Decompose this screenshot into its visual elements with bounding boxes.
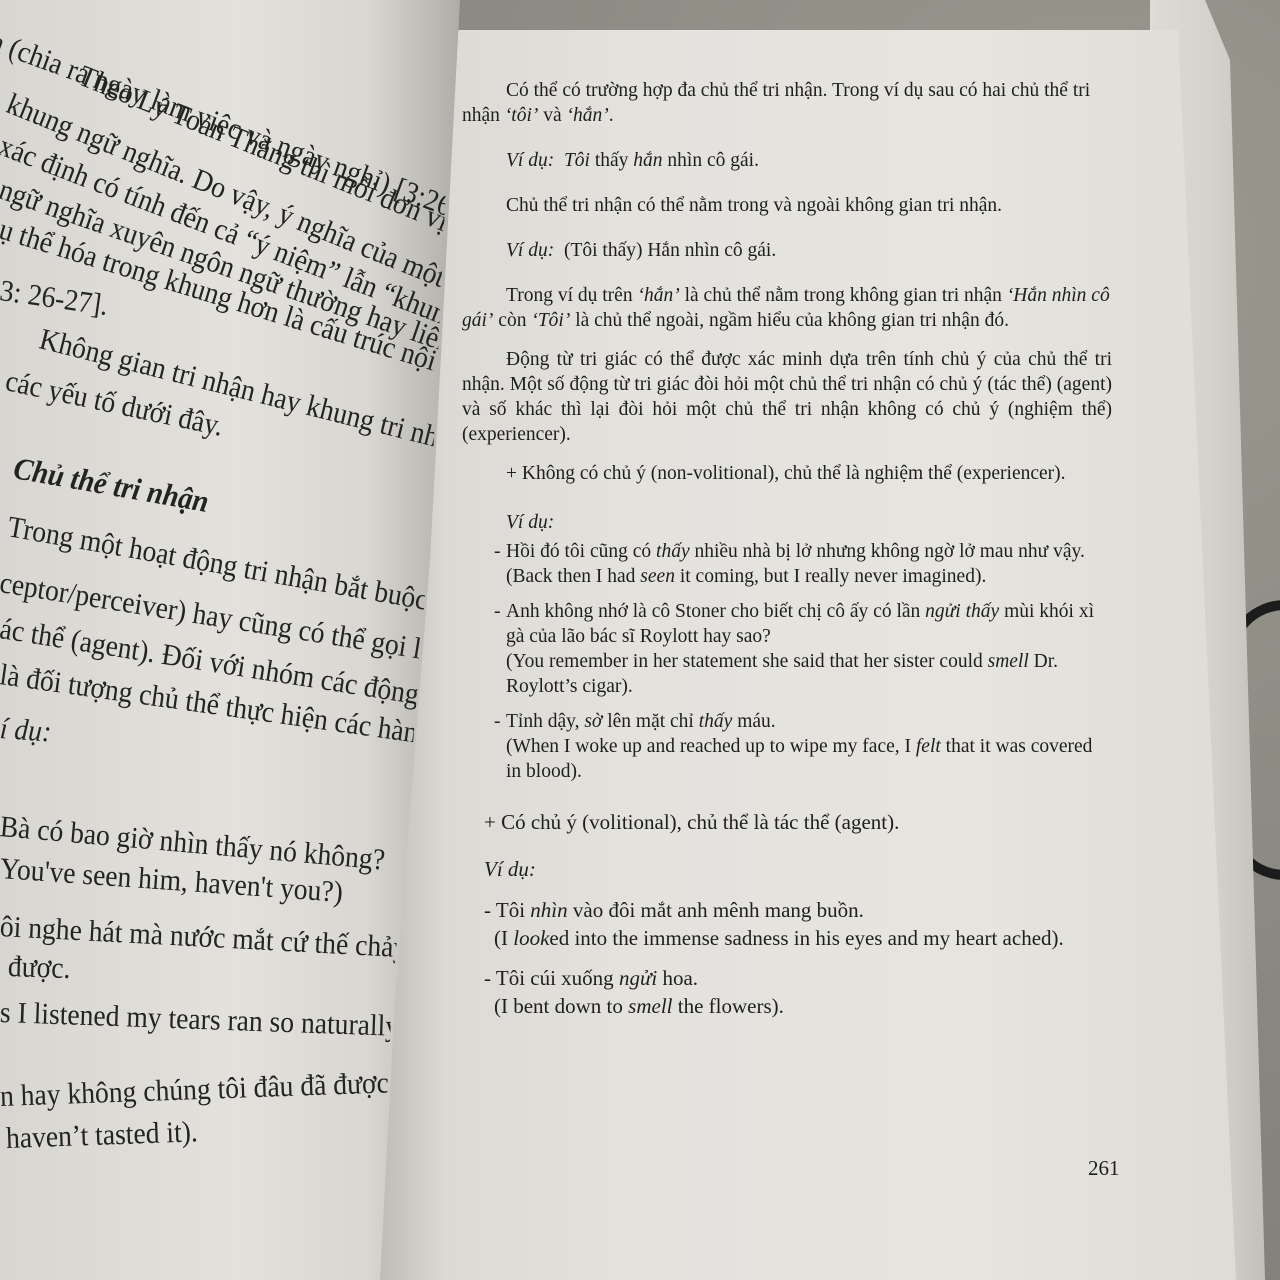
- list-item: - Tôi cúi xuống ngửi hoa. (I bent down t…: [462, 964, 1112, 1020]
- text-line: được.: [7, 950, 71, 986]
- paragraph: Trong ví dụ trên ‘hắn’ là chủ thể nằm tr…: [462, 283, 1112, 333]
- right-page-text: Có thể có trường hợp đa chủ thể tri nhận…: [462, 78, 1112, 1020]
- list-item: - Anh không nhớ là cô Stoner cho biết ch…: [462, 599, 1112, 699]
- example-line: Ví dụ: Tôi thấy hắn nhìn cô gái.: [462, 148, 1112, 173]
- list-item: - Tôi nhìn vào đôi mắt anh mênh mang buồ…: [462, 896, 1112, 952]
- paragraph: + Có chủ ý (volitional), chủ thể là tác …: [462, 810, 1112, 835]
- example-label: Ví dụ:: [462, 857, 1112, 882]
- example-line: Ví dụ: (Tôi thấy) Hắn nhìn cô gái.: [462, 238, 1112, 263]
- text-line: 3: 26-27].: [0, 274, 110, 323]
- text-line: í dụ:: [0, 712, 52, 750]
- page-number: 261: [1088, 1156, 1120, 1181]
- section-heading: Chủ thể tri nhận: [11, 450, 212, 520]
- example-label: Ví dụ:: [462, 510, 1112, 535]
- dash: -: [494, 709, 501, 734]
- text-line: haven’t tasted it).: [5, 1115, 198, 1156]
- dash: -: [494, 599, 501, 624]
- dash: -: [494, 539, 501, 564]
- paragraph: Chủ thể tri nhận có thể nằm trong và ngo…: [462, 193, 1112, 218]
- paragraph: Động từ tri giác có thể được xác minh dự…: [462, 347, 1112, 447]
- paragraph: Có thể có trường hợp đa chủ thể tri nhận…: [462, 78, 1112, 128]
- list-item: - Tỉnh dậy, sờ lên mặt chỉ thấy máu. (Wh…: [462, 709, 1112, 784]
- paragraph: + Không có chủ ý (non-volitional), chủ t…: [462, 461, 1112, 486]
- list-item: - Hồi đó tôi cũng có thấy nhiều nhà bị l…: [462, 539, 1112, 589]
